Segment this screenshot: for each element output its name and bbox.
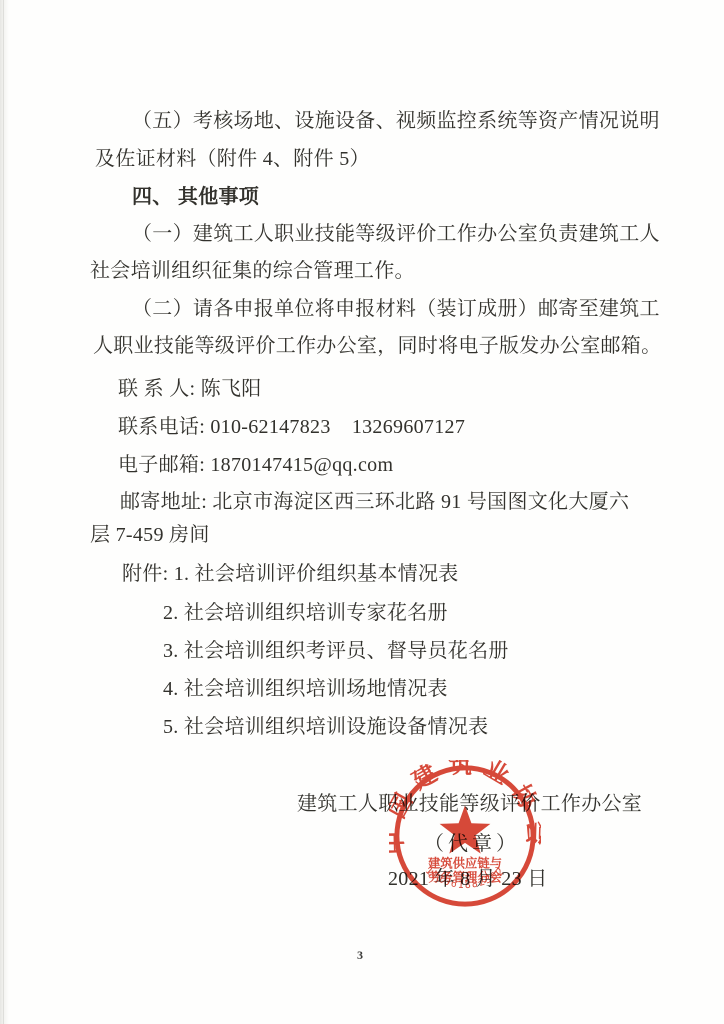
scan-edge-shadow: [0, 0, 9, 1024]
paragraph-5-line1: （五）考核场地、设施设备、视频监控系统等资产情况说明: [132, 108, 660, 134]
contact-address-line1: 邮寄地址: 北京市海淀区西三环北路 91 号国图文化大厦六: [120, 489, 629, 515]
contact-email-line: 电子邮箱: 1870147415@qq.com: [118, 452, 393, 478]
official-red-seal: 中国建筑业协会 建筑供应链与 劳务管理分会 101061882302: [389, 760, 541, 912]
contact-address-line2: 层 7-459 房间: [90, 522, 210, 548]
page-number: 3: [357, 948, 363, 963]
scan-edge-line: [3, 0, 4, 1024]
contact-person-line: 联 系 人: 陈飞阳: [118, 376, 262, 402]
contact-phone-line: 联系电话: 010-62147823 13269607127: [118, 414, 465, 440]
attachment-item-4: 4. 社会培训组织培训场地情况表: [163, 676, 448, 702]
scanned-document-page: （五）考核场地、设施设备、视频监控系统等资产情况说明 及佐证材料（附件 4、附件…: [0, 0, 724, 1024]
seal-star-icon: [440, 805, 491, 853]
paragraph-1-line2: 社会培训组织征集的综合管理工作。: [90, 258, 415, 284]
section-heading-other-matters: 四、 其他事项: [132, 184, 259, 210]
seal-branch-line1: 建筑供应链与: [427, 856, 502, 871]
attachment-item-5: 5. 社会培训组织培训设施设备情况表: [163, 714, 488, 740]
paragraph-2-line2: 人职业技能等级评价工作办公室，同时将电子版发办公室邮箱。: [93, 333, 661, 359]
paragraph-5-line2: 及佐证材料（附件 4、附件 5）: [95, 146, 370, 172]
paragraph-1-line1: （一）建筑工人职业技能等级评价工作办公室负责建筑工人: [132, 221, 660, 247]
attachment-item-2: 2. 社会培训组织培训专家花名册: [163, 600, 448, 626]
paragraph-2-line1: （二）请各申报单位将申报材料（装订成册）邮寄至建筑工: [132, 296, 660, 322]
attachment-item-3: 3. 社会培训组织考评员、督导员花名册: [163, 638, 509, 664]
attachment-item-1: 附件: 1. 社会培训评价组织基本情况表: [122, 561, 459, 587]
